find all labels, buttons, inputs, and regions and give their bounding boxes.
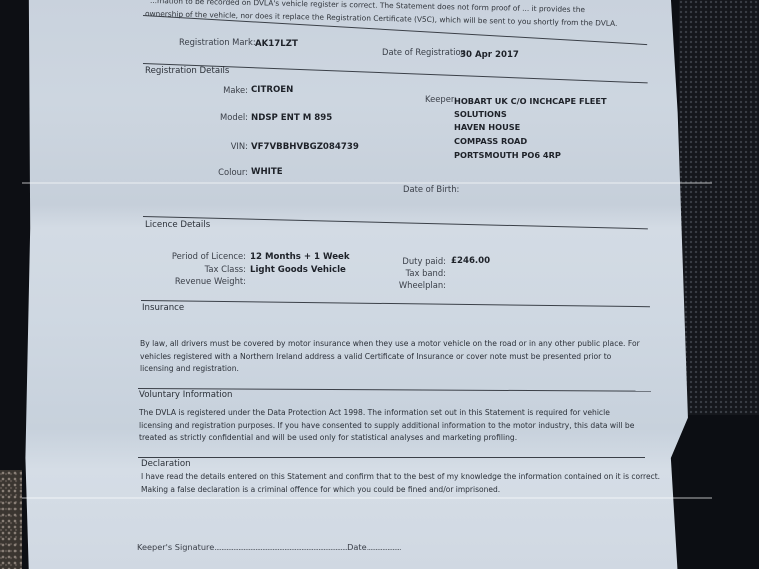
duty-paid-value: £246.00 bbox=[451, 256, 490, 266]
model-label: Model: bbox=[200, 112, 248, 122]
registration-mark-label: Registration Mark: bbox=[179, 37, 256, 47]
model-value: NDSP ENT M 895 bbox=[251, 113, 332, 123]
insurance-text: By law, all drivers must be covered by m… bbox=[140, 338, 645, 376]
keeper-label: Keeper: bbox=[425, 94, 457, 104]
date-label: Date bbox=[347, 542, 367, 552]
background-fabric bbox=[679, 0, 759, 415]
keeper-signature-text: Keeper's Signature bbox=[137, 542, 214, 552]
voluntary-information-text: The DVLA is registered under the Data Pr… bbox=[139, 407, 644, 445]
keeper-address-line: SOLUTIONS bbox=[454, 109, 507, 119]
paper-fold-line bbox=[22, 497, 712, 499]
section-title-voluntary-information: Voluntary Information bbox=[139, 390, 232, 400]
date-of-birth-label: Date of Birth: bbox=[403, 184, 459, 194]
document-paper bbox=[22, 0, 705, 569]
tax-class-value: Light Goods Vehicle bbox=[250, 265, 346, 275]
date-of-registration-value: 30 Apr 2017 bbox=[460, 50, 519, 60]
section-title-declaration: Declaration bbox=[141, 459, 191, 469]
keeper-signature-label: Keeper's Signature......................… bbox=[137, 542, 401, 552]
section-title-insurance: Insurance bbox=[142, 303, 184, 313]
colour-label: Colour: bbox=[200, 167, 248, 177]
tax-class-label: Tax Class: bbox=[150, 264, 246, 274]
keeper-address-line: COMPASS ROAD bbox=[454, 136, 527, 146]
keeper-address-line: HOBART UK C/O INCHCAPE FLEET bbox=[454, 96, 607, 106]
vin-label: VIN: bbox=[200, 141, 248, 151]
section-title-licence-details: Licence Details bbox=[145, 220, 210, 230]
background-dark bbox=[679, 415, 759, 569]
revenue-weight-label: Revenue Weight: bbox=[150, 276, 246, 286]
period-of-licence-value: 12 Months + 1 Week bbox=[250, 252, 350, 262]
paper-fold-line bbox=[22, 182, 712, 184]
period-of-licence-label: Period of Licence: bbox=[150, 251, 246, 261]
wheelplan-label: Wheelplan: bbox=[390, 280, 446, 290]
make-label: Make: bbox=[200, 85, 248, 95]
vin-value: VF7VBBHVBGZ084739 bbox=[251, 142, 359, 152]
colour-value: WHITE bbox=[251, 167, 283, 177]
date-line[interactable]: .................... bbox=[367, 542, 401, 552]
background-countertop bbox=[0, 470, 22, 569]
make-value: CITROEN bbox=[251, 85, 293, 95]
declaration-line-2: Making a false declaration is a criminal… bbox=[141, 485, 500, 494]
keeper-address-line: PORTSMOUTH PO6 4RP bbox=[454, 150, 561, 160]
divider bbox=[138, 457, 645, 458]
section-title-registration-details: Registration Details bbox=[145, 66, 229, 76]
keeper-address-line: HAVEN HOUSE bbox=[454, 122, 520, 132]
signature-line[interactable]: ........................................… bbox=[214, 542, 347, 552]
tax-band-label: Tax band: bbox=[390, 268, 446, 278]
declaration-line-1: I have read the details entered on this … bbox=[141, 472, 660, 481]
registration-mark-value: AK17LZT bbox=[255, 39, 298, 49]
date-of-registration-label: Date of Registration: bbox=[382, 47, 469, 57]
duty-paid-label: Duty paid: bbox=[390, 256, 446, 266]
